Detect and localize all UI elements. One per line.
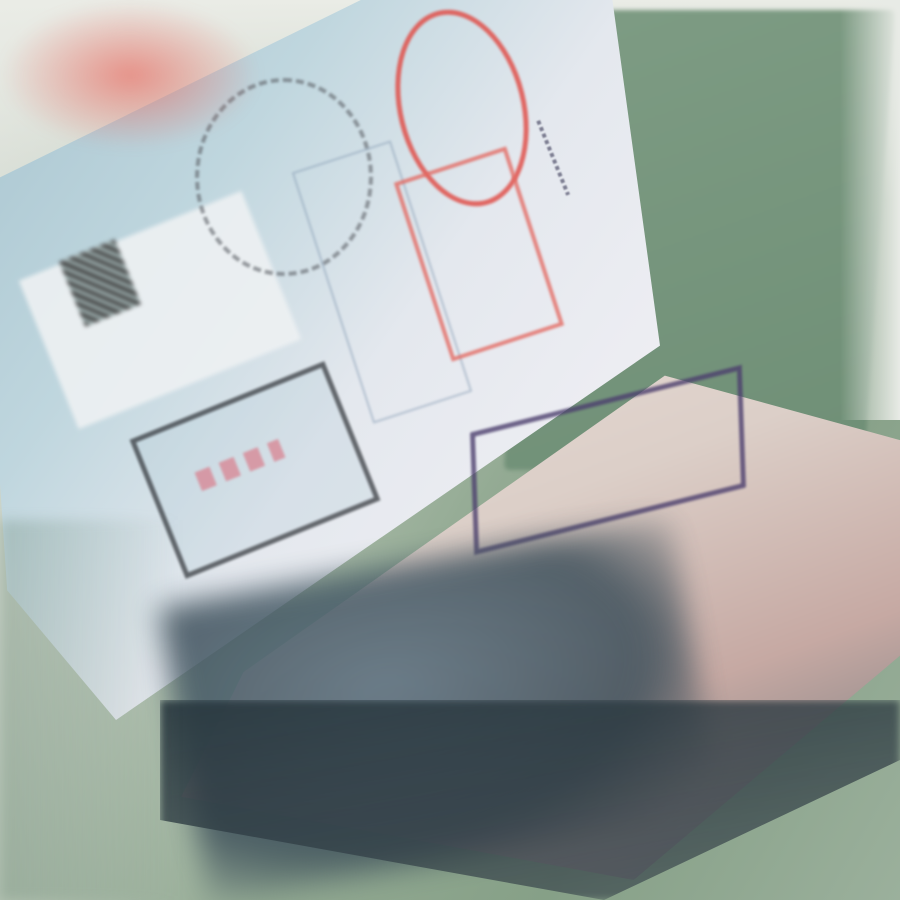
background-right-edge [840,0,900,420]
red-blurred-stamp [0,0,260,150]
reflection-shadow [0,520,180,900]
